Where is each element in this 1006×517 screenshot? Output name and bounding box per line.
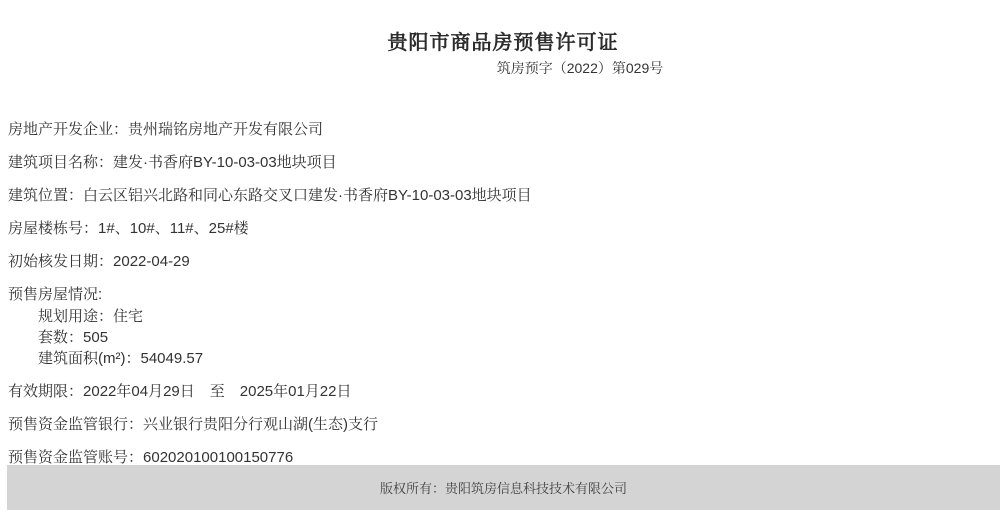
certificate-header: 贵阳市商品房预售许可证 筑房预字（2022）第029号 (0, 0, 1006, 78)
field-developer: 房地产开发企业：贵州瑞铭房地产开发有限公司 (8, 122, 998, 138)
field-developer-label: 房地产开发企业： (8, 121, 128, 138)
field-project-name-value: 建发·书香府BY-10-03-03地块项目 (113, 154, 337, 171)
certificate-title: 贵阳市商品房预售许可证 (0, 31, 1006, 55)
field-buildings: 房屋楼栋号：1#、10#、11#、25#楼 (8, 221, 998, 237)
field-location-label: 建筑位置： (8, 187, 83, 204)
field-location: 建筑位置：白云区铝兴北路和同心东路交叉口建发·书香府BY-10-03-03地块项… (8, 188, 998, 204)
field-unit-count-value: 505 (83, 329, 108, 346)
field-supervision-account-label: 预售资金监管账号： (8, 449, 143, 466)
field-supervision-bank: 预售资金监管银行：兴业银行贵阳分行观山湖(生态)支行 (8, 417, 998, 433)
field-supervision-account-value: 602020100100150776 (143, 449, 293, 466)
copyright-footer: 版权所有：贵阳筑房信息科技技术有限公司 (7, 465, 1000, 510)
field-floor-area: 建筑面积(m²)：54049.57 (8, 351, 998, 367)
field-floor-area-value: 54049.57 (140, 350, 203, 367)
certificate-number: 筑房预字（2022）第029号 (497, 60, 664, 76)
field-planned-use-value: 住宅 (113, 308, 143, 325)
presale-housing-group-label: 预售房屋情况: (8, 287, 998, 303)
field-validity-period: 有效期限：2022年04月29日 至 2025年01月22日 (8, 384, 998, 400)
field-validity-period-label: 有效期限： (8, 383, 83, 400)
certificate-number-row: 筑房预字（2022）第029号 (154, 60, 1006, 78)
field-planned-use: 规划用途：住宅 (8, 309, 998, 325)
field-floor-area-label: 建筑面积(m²)： (38, 350, 140, 367)
field-planned-use-label: 规划用途： (38, 308, 113, 325)
field-project-name: 建筑项目名称：建发·书香府BY-10-03-03地块项目 (8, 155, 998, 171)
copyright-text: 版权所有：贵阳筑房信息科技技术有限公司 (380, 478, 627, 497)
field-supervision-bank-value: 兴业银行贵阳分行观山湖(生态)支行 (143, 416, 378, 433)
certificate-body: 房地产开发企业：贵州瑞铭房地产开发有限公司 建筑项目名称：建发·书香府BY-10… (0, 122, 1006, 466)
field-buildings-value: 1#、10#、11#、25#楼 (98, 220, 249, 237)
presale-housing-group: 预售房屋情况: 规划用途：住宅 套数：505 建筑面积(m²)：54049.57 (8, 287, 998, 367)
field-validity-period-value: 2022年04月29日 至 2025年01月22日 (83, 383, 351, 400)
field-unit-count-label: 套数： (38, 329, 83, 346)
field-unit-count: 套数：505 (8, 330, 998, 346)
field-project-name-label: 建筑项目名称： (8, 154, 113, 171)
field-developer-value: 贵州瑞铭房地产开发有限公司 (128, 121, 323, 138)
field-buildings-label: 房屋楼栋号： (8, 220, 98, 237)
field-initial-issue-date-value: 2022-04-29 (113, 253, 190, 270)
field-location-value: 白云区铝兴北路和同心东路交叉口建发·书香府BY-10-03-03地块项目 (83, 187, 532, 204)
presale-permit-page: 贵阳市商品房预售许可证 筑房预字（2022）第029号 房地产开发企业：贵州瑞铭… (0, 0, 1006, 517)
field-supervision-bank-label: 预售资金监管银行： (8, 416, 143, 433)
field-initial-issue-date-label: 初始核发日期： (8, 253, 113, 270)
field-initial-issue-date: 初始核发日期：2022-04-29 (8, 254, 998, 270)
field-supervision-account: 预售资金监管账号：602020100100150776 (8, 450, 998, 466)
